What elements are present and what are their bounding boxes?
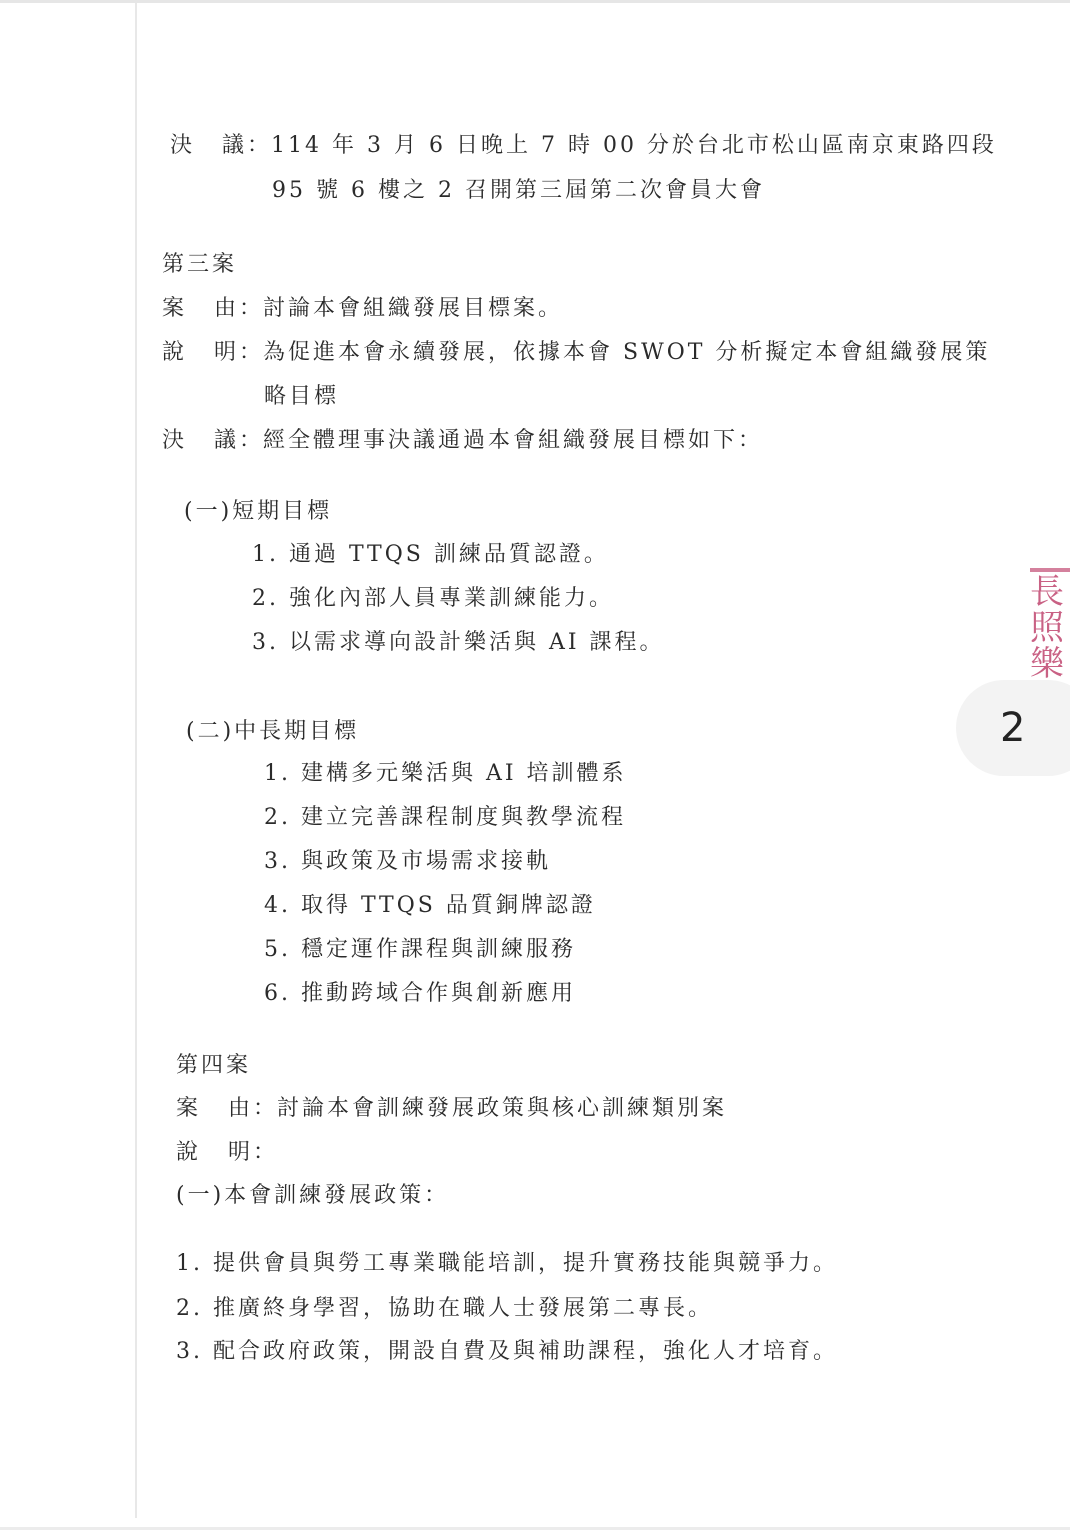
document-page: 決議：114 年 3 月 6 日晚上 7 時 00 分於台北市松山區南京東路四段… bbox=[0, 0, 1070, 1530]
stamp-char: 照 bbox=[1030, 610, 1070, 646]
colon: ： bbox=[239, 339, 263, 367]
long-term-item: 5. 穩定運作課程與訓練服務 bbox=[264, 936, 576, 964]
label-char: 決 bbox=[162, 427, 214, 455]
long-term-item: 3. 與政策及市場需求接軌 bbox=[264, 848, 551, 876]
long-term-item: 6. 推動跨域合作與創新應用 bbox=[264, 980, 576, 1008]
list-item-text: 2. 建立完善課程制度與教學流程 bbox=[264, 805, 626, 830]
resolution-text: 經全體理事決議通過本會組織發展目標如下： bbox=[263, 428, 763, 453]
list-item-text: 1. 提供會員與勞工專業職能培訓，提升實務技能與競爭力。 bbox=[176, 1251, 838, 1276]
colon: ： bbox=[247, 132, 271, 160]
section-heading: (一)短期目標 bbox=[184, 499, 332, 524]
list-item-text: 3. 與政策及市場需求接軌 bbox=[264, 849, 551, 874]
label-char: 案 bbox=[176, 1095, 228, 1123]
short-term-item: 3. 以需求導向設計樂活與 AI 課程。 bbox=[252, 629, 665, 657]
short-term-item: 1. 通過 TTQS 訓練品質認證。 bbox=[252, 541, 609, 569]
explanation-text: 略目標 bbox=[264, 384, 339, 409]
label-char: 說 bbox=[176, 1139, 228, 1167]
page-number-indicator[interactable]: 2 bbox=[956, 680, 1070, 776]
case-4-reason: 案由：討論本會訓練發展政策與核心訓練類別案 bbox=[176, 1095, 727, 1123]
policy-item: 3. 配合政府政策，開設自費及與補助課程，強化人才培育。 bbox=[176, 1338, 838, 1366]
case-4-explanation: 說明： bbox=[176, 1139, 277, 1167]
case-title: 第三案 bbox=[162, 252, 237, 277]
colon: ： bbox=[253, 1139, 277, 1167]
list-item-text: 6. 推動跨域合作與創新應用 bbox=[264, 981, 576, 1006]
case-title: 第四案 bbox=[176, 1053, 251, 1078]
long-term-item: 4. 取得 TTQS 品質銅牌認證 bbox=[264, 892, 596, 920]
label-char: 由 bbox=[214, 295, 239, 323]
policy-item: 2. 推廣終身學習，協助在職人士發展第二專長。 bbox=[176, 1295, 713, 1323]
stamp-char: 樂 bbox=[1030, 646, 1070, 682]
list-item-text: 3. 以需求導向設計樂活與 AI 課程。 bbox=[252, 630, 665, 655]
label-char: 案 bbox=[162, 295, 214, 323]
stamp-top-bar bbox=[1030, 568, 1070, 572]
colon: ： bbox=[239, 427, 263, 455]
case-3-explanation-line-2: 略目標 bbox=[264, 383, 339, 411]
resolution-text: 114 年 3 月 6 日晚上 7 時 00 分於台北市松山區南京東路四段 bbox=[271, 133, 997, 158]
list-item-text: 2. 強化內部人員專業訓練能力。 bbox=[252, 586, 614, 611]
label-char: 由 bbox=[228, 1095, 253, 1123]
list-item-text: 1. 通過 TTQS 訓練品質認證。 bbox=[252, 542, 609, 567]
list-item-text: 5. 穩定運作課程與訓練服務 bbox=[264, 937, 576, 962]
page-number: 2 bbox=[1000, 705, 1025, 751]
meeting-resolution-line-2: 95 號 6 樓之 2 召開第三屆第二次會員大會 bbox=[272, 177, 765, 205]
list-item-text: 4. 取得 TTQS 品質銅牌認證 bbox=[264, 893, 596, 918]
long-term-item: 2. 建立完善課程制度與教學流程 bbox=[264, 804, 626, 832]
seal-stamp: 長 照 樂 bbox=[1030, 568, 1070, 682]
section-heading: (二)中長期目標 bbox=[186, 719, 359, 744]
reason-text: 討論本會訓練發展政策與核心訓練類別案 bbox=[277, 1096, 727, 1121]
short-term-heading: (一)短期目標 bbox=[184, 498, 332, 526]
reason-text: 討論本會組織發展目標案。 bbox=[263, 296, 563, 321]
case-3-explanation-line-1: 說明：為促進本會永續發展，依據本會 SWOT 分析擬定本會組織發展策 bbox=[162, 339, 990, 367]
long-term-heading: (二)中長期目標 bbox=[186, 718, 359, 746]
colon: ： bbox=[239, 295, 263, 323]
policy-heading: (一)本會訓練發展政策： bbox=[176, 1182, 449, 1210]
resolution-text: 95 號 6 樓之 2 召開第三屆第二次會員大會 bbox=[272, 178, 765, 203]
label-char: 明 bbox=[214, 339, 239, 367]
meeting-resolution-line-1: 決議：114 年 3 月 6 日晚上 7 時 00 分於台北市松山區南京東路四段 bbox=[170, 132, 997, 160]
case-3-resolution: 決議：經全體理事決議通過本會組織發展目標如下： bbox=[162, 427, 763, 455]
section-heading: (一)本會訓練發展政策： bbox=[176, 1183, 449, 1208]
label-char: 決 bbox=[170, 132, 222, 160]
case-3-title: 第三案 bbox=[162, 251, 237, 279]
stamp-char: 長 bbox=[1030, 574, 1070, 610]
policy-item: 1. 提供會員與勞工專業職能培訓，提升實務技能與競爭力。 bbox=[176, 1250, 838, 1278]
case-3-reason: 案由：討論本會組織發展目標案。 bbox=[162, 295, 563, 323]
list-item-text: 2. 推廣終身學習，協助在職人士發展第二專長。 bbox=[176, 1296, 713, 1321]
list-item-text: 1. 建構多元樂活與 AI 培訓體系 bbox=[264, 761, 627, 786]
label-char: 說 bbox=[162, 339, 214, 367]
label-char: 議 bbox=[214, 427, 239, 455]
long-term-item: 1. 建構多元樂活與 AI 培訓體系 bbox=[264, 760, 627, 788]
short-term-item: 2. 強化內部人員專業訓練能力。 bbox=[252, 585, 614, 613]
colon: ： bbox=[253, 1095, 277, 1123]
case-4-title: 第四案 bbox=[176, 1052, 251, 1080]
explanation-text: 為促進本會永續發展，依據本會 SWOT 分析擬定本會組織發展策 bbox=[263, 340, 990, 365]
list-item-text: 3. 配合政府政策，開設自費及與補助課程，強化人才培育。 bbox=[176, 1339, 838, 1364]
label-char: 議 bbox=[222, 132, 247, 160]
label-char: 明 bbox=[228, 1139, 253, 1167]
